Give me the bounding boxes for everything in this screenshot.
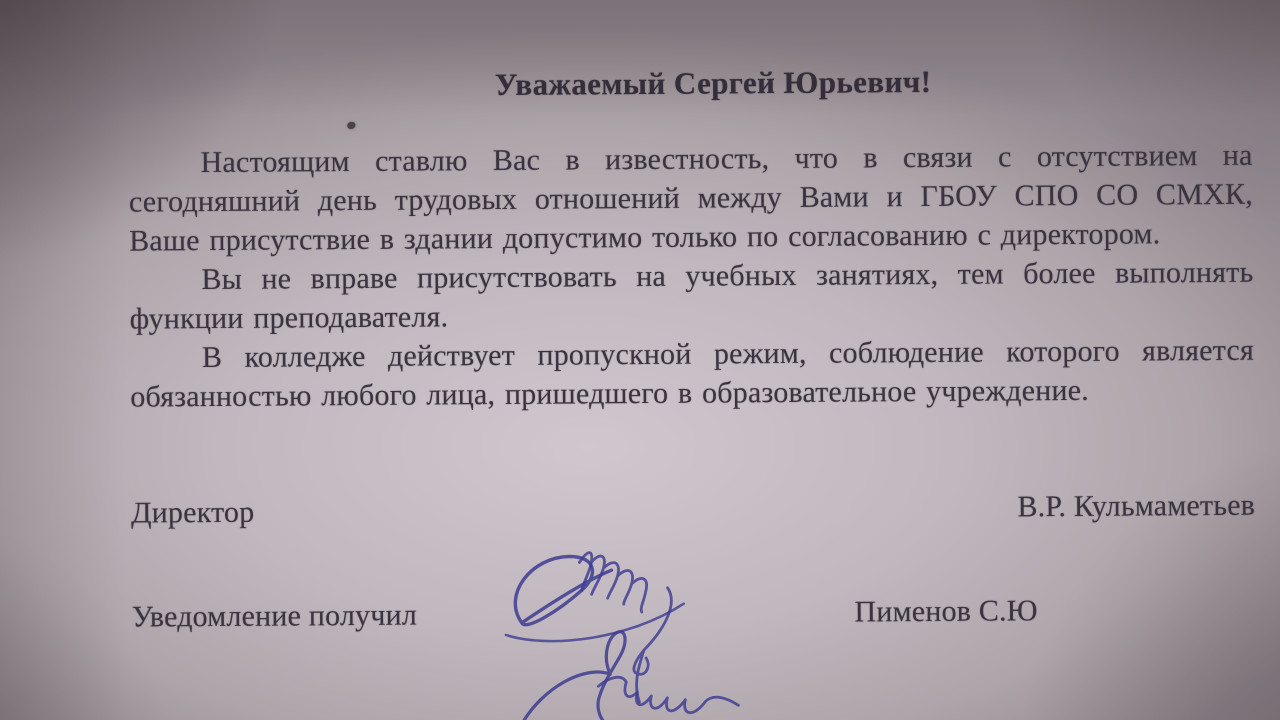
director-name: В.Р. Кульмаметьев — [1017, 489, 1255, 525]
paragraph-notice: Настоящим ставлю Вас в известность, что … — [128, 136, 1253, 261]
acknowledgement-label: Уведомление получил — [132, 599, 417, 635]
paragraph-classes-restriction: Вы не вправе присутствовать на учебных з… — [129, 253, 1254, 339]
acknowledgement-row: Уведомление получил Пименов С.Ю — [132, 593, 1256, 635]
paragraph-access-regime: В колледже действует пропускной режим, с… — [130, 331, 1255, 417]
letter-body: Настоящим ставлю Вас в известность, что … — [128, 136, 1254, 417]
recipient-name: Пименов С.Ю — [854, 594, 1038, 629]
salutation-line: Уважаемый Сергей Юрьевич! — [128, 62, 1252, 106]
ink-speck — [347, 122, 355, 129]
letter-sheet: Уважаемый Сергей Юрьевич! Настоящим став… — [0, 0, 1280, 720]
director-signature-row: Директор В.Р. Кульмаметьев — [131, 489, 1255, 531]
photographed-letter: Уважаемый Сергей Юрьевич! Настоящим став… — [0, 0, 1280, 720]
recipient-signature-ink — [514, 625, 817, 720]
director-role-label: Директор — [131, 496, 255, 531]
